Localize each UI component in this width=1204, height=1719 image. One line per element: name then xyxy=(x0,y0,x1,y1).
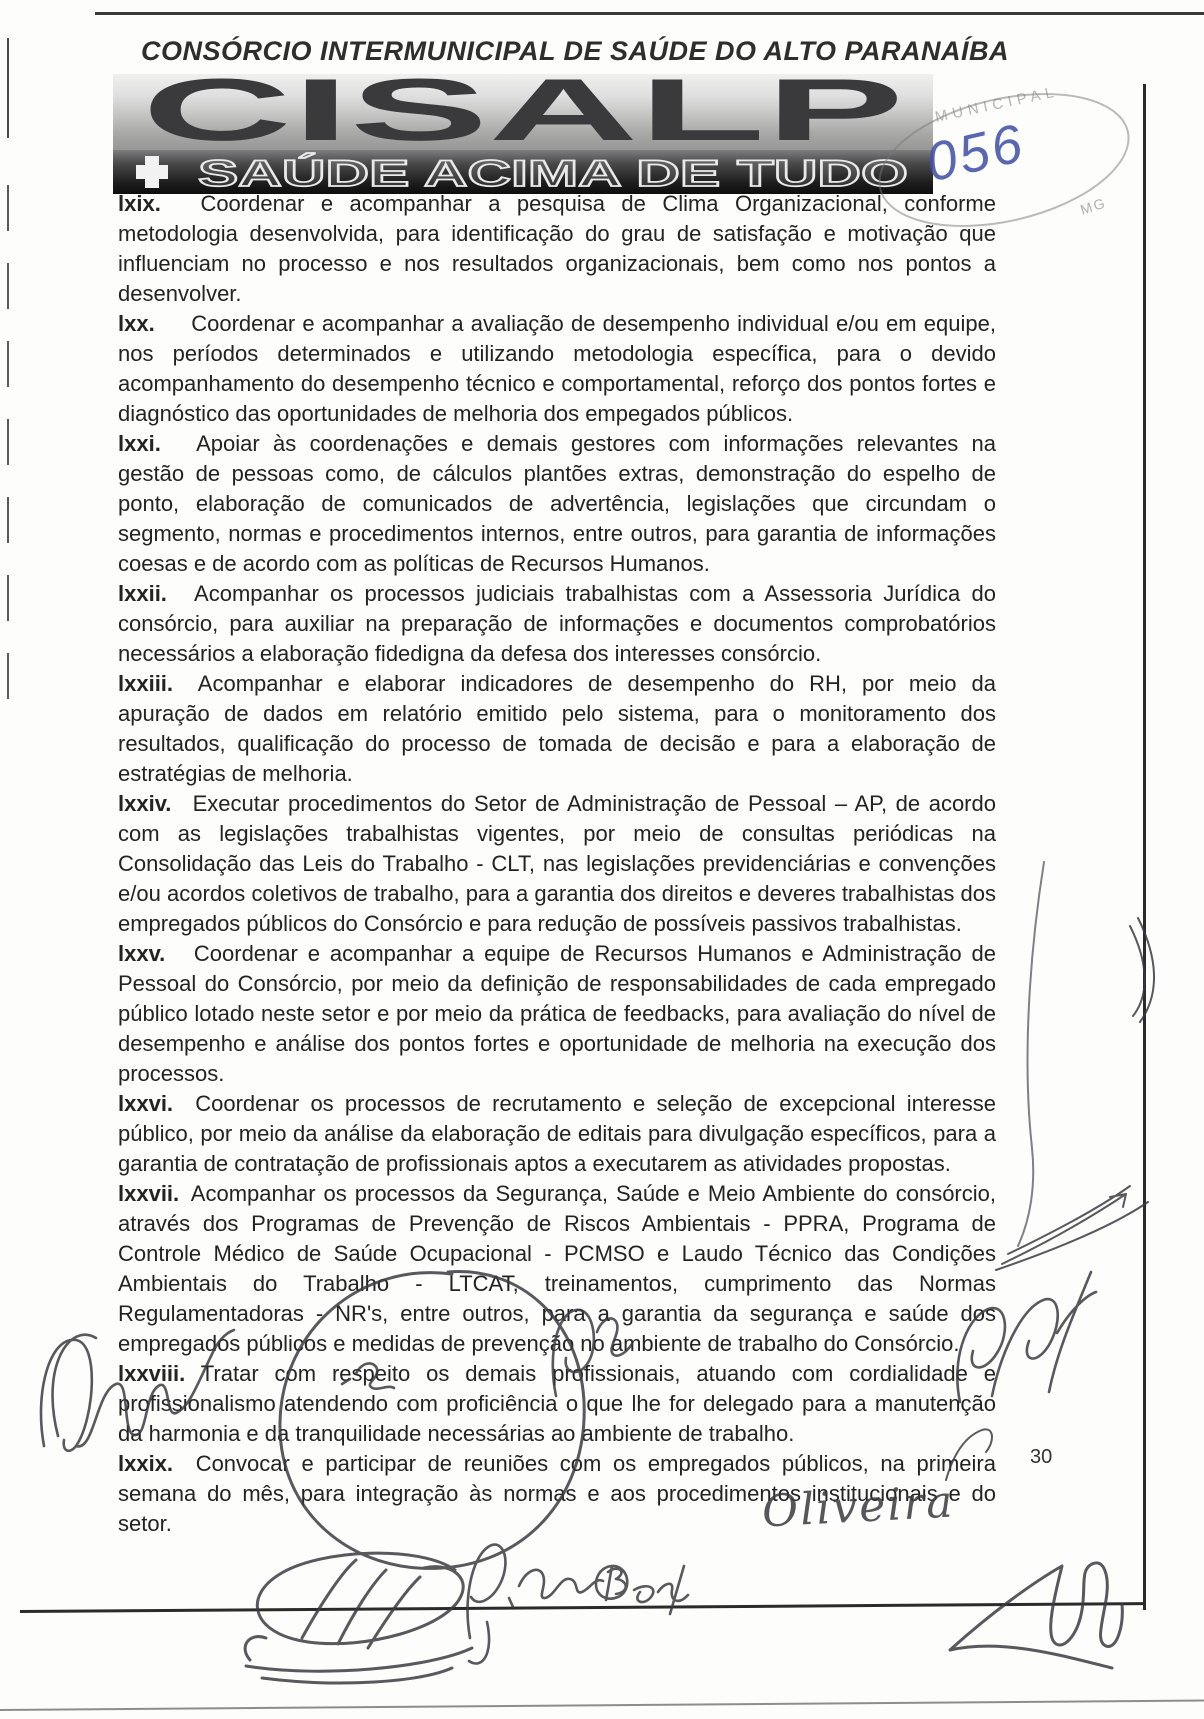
list-item: lxxvii. Acompanhar os processos da Segur… xyxy=(118,1179,996,1359)
item-text: Apoiar às coordenações e demais gestores… xyxy=(118,431,996,576)
scan-edge-line xyxy=(0,1700,1204,1711)
page-number: 30 xyxy=(1030,1446,1052,1469)
item-number: lxx. xyxy=(118,309,184,339)
signature-stroke xyxy=(245,1553,472,1683)
list-item: lxxii. Acompanhar os processos judiciais… xyxy=(118,579,996,669)
item-text: Coordenar os processos de recrutamento e… xyxy=(118,1091,996,1176)
item-number: lxxiv. xyxy=(118,789,184,819)
item-number: lxxi. xyxy=(118,429,184,459)
list-item: lxxvi. Coordenar os processos de recruta… xyxy=(118,1089,996,1179)
margin-pen-stroke xyxy=(1018,862,1044,1246)
item-number: lxxviii. xyxy=(118,1359,185,1389)
margin-pen-stroke xyxy=(996,1186,1148,1270)
logo-tagline-bar: SAÚDE ACIMA DE TUDO xyxy=(113,150,933,194)
logo-tagline-graphic: SAÚDE ACIMA DE TUDO xyxy=(113,150,933,194)
left-border-line xyxy=(7,38,9,138)
stamp-state-text: MG xyxy=(1078,194,1108,217)
item-number: lxxvii. xyxy=(118,1179,184,1209)
item-number: lxxix. xyxy=(118,1449,184,1479)
item-text: Acompanhar os processos da Segurança, Sa… xyxy=(118,1181,996,1356)
list-item: lxix. Coordenar e acompanhar a pesquisa … xyxy=(118,189,996,309)
right-border-line xyxy=(1143,84,1146,1610)
signature-stroke xyxy=(468,1545,603,1664)
list-item: lxxi. Apoiar às coordenações e demais ge… xyxy=(118,429,996,579)
bottom-border-line xyxy=(20,1602,1144,1613)
cisalp-logo: CISALP SAÚDE ACIMA DE TUDO xyxy=(113,74,933,194)
left-border-dashes xyxy=(7,185,9,705)
item-number: lxxv. xyxy=(118,939,184,969)
item-text: Coordenar e acompanhar a avaliação de de… xyxy=(118,311,996,426)
organization-title: CONSÓRCIO INTERMUNICIPAL DE SAÚDE DO ALT… xyxy=(40,36,1110,67)
item-number: lxxiii. xyxy=(118,669,184,699)
item-number: lxix. xyxy=(118,189,184,219)
list-item: lxxviii. Tratar com respeito os demais p… xyxy=(118,1359,996,1449)
item-text: Executar procedimentos do Setor de Admin… xyxy=(118,791,996,936)
health-cross-icon xyxy=(136,156,168,188)
item-text: Coordenar e acompanhar a pesquisa de Cli… xyxy=(118,191,996,306)
item-text: Acompanhar e elaborar indicadores de des… xyxy=(118,671,996,786)
item-number: lxxvi. xyxy=(118,1089,184,1119)
list-item: lxxv. Coordenar e acompanhar a equipe de… xyxy=(118,939,996,1089)
scanned-document-page: CONSÓRCIO INTERMUNICIPAL DE SAÚDE DO ALT… xyxy=(0,0,1204,1719)
logo-acronym-graphic: CISALP xyxy=(113,74,933,150)
top-border-line xyxy=(95,12,1204,15)
item-number: lxxii. xyxy=(118,579,184,609)
list-item: lxxiii. Acompanhar e elaborar indicadore… xyxy=(118,669,996,789)
logo-acronym-banner: CISALP xyxy=(113,74,933,150)
signature-stroke xyxy=(950,1563,1122,1668)
office-stamp: MUNICIPAL MG 056 xyxy=(868,80,1148,250)
logo-acronym-text: CISALP xyxy=(142,74,904,150)
list-item: lxxiv. Executar procedimentos do Setor d… xyxy=(118,789,996,939)
logo-tagline-text: SAÚDE ACIMA DE TUDO xyxy=(198,152,908,194)
list-item: lxx. Coordenar e acompanhar a avaliação … xyxy=(118,309,996,429)
item-text: Acompanhar os processos judiciais trabal… xyxy=(118,581,996,666)
item-text: Tratar com respeito os demais profission… xyxy=(118,1361,996,1446)
clauses-list: lxix. Coordenar e acompanhar a pesquisa … xyxy=(118,189,996,1539)
item-text: Coordenar e acompanhar a equipe de Recur… xyxy=(118,941,996,1086)
